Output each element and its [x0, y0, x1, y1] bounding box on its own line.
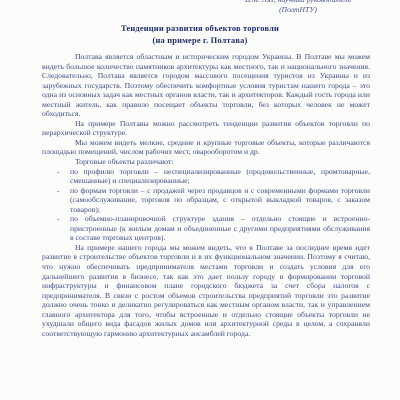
classification-list: - по профилю торговли – неспециализирова… [42, 167, 370, 243]
list-item-forms: по формам торговли – с продажей через пр… [70, 186, 370, 215]
affiliation-line: (ПолтНТУ) [222, 5, 374, 15]
list-item: - по объемно-планировочной структуре зда… [42, 214, 370, 243]
paragraph-conclusion: На примере нашего города мы можем видеть… [42, 243, 370, 338]
document-header: В.М. Лях, научный руководитель (ПолтНТУ) [222, 0, 374, 14]
document-body: Полтава является областным и исторически… [42, 52, 370, 338]
list-dash-marker: - [57, 214, 70, 243]
document-title: Тенденции развития объектов торговли (на… [0, 23, 400, 47]
title-line-1: Тенденции развития объектов торговли [0, 23, 400, 35]
document-page: В.М. Лях, научный руководитель (ПолтНТУ)… [0, 0, 400, 400]
list-dash-marker: - [57, 167, 70, 186]
list-dash-marker: - [57, 186, 70, 215]
paragraph-hierarchy: На примере Полтавы можно рассмотреть тен… [42, 119, 370, 138]
paragraph-object-sizes: Мы можем видеть мелкие, средние и крупны… [42, 138, 370, 157]
paragraph-intro-city: Полтава является областным и исторически… [42, 52, 370, 119]
list-item-profile: по профилю торговли – неспециализированн… [70, 167, 370, 186]
paragraph-list-intro: Торговые объекты различают: [42, 157, 370, 167]
list-item-structure: по объемно-планировочной структуре здани… [70, 214, 370, 243]
list-item: - по профилю торговли – неспециализирова… [42, 167, 370, 186]
list-item: - по формам торговли – с продажей через … [42, 186, 370, 215]
title-line-2: (на примере г. Полтава) [0, 35, 400, 47]
